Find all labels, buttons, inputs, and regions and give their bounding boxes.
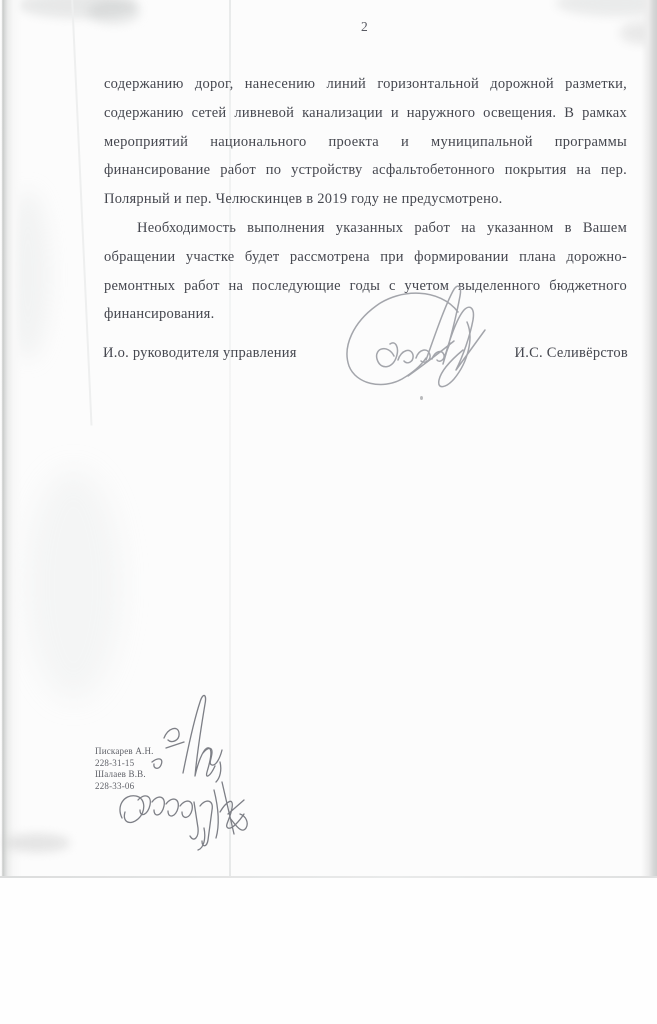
signatory-name: И.С. Селивёрстов [514, 345, 628, 362]
signature-row: И.о. руководителя управления И.С. Селивё… [103, 345, 628, 362]
executor-signatures [108, 678, 248, 853]
director-signature [336, 280, 508, 400]
scan-noise-blob [88, 0, 140, 24]
page-number: 2 [361, 19, 368, 35]
scan-noise-blob [26, 470, 121, 700]
body-paragraph-1: содержанию дорог, нанесению линий горизо… [104, 70, 627, 214]
scan-noise-blob [4, 834, 70, 852]
scanned-letter-page: 2 содержанию дорог, нанесению линий гори… [0, 0, 657, 1024]
page-right-edge [641, 0, 657, 1024]
paper-crease-line [71, 0, 93, 426]
scanner-background [0, 878, 657, 1024]
page-left-edge [0, 0, 22, 878]
signatory-role: И.о. руководителя управления [103, 345, 297, 362]
